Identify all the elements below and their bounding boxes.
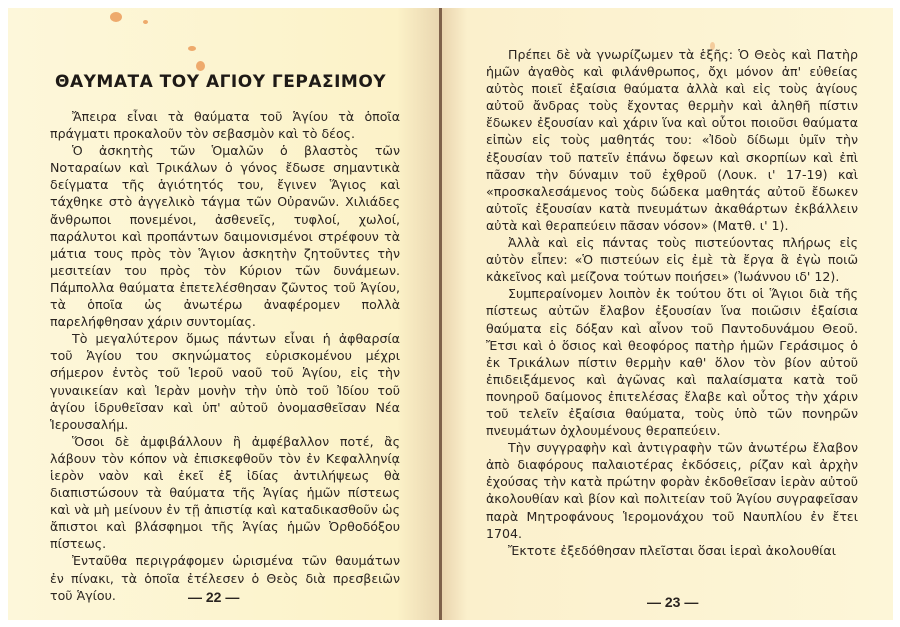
paragraph: Ὁ ἀσκητὴς τῶν Ὁμαλῶν ὁ βλαστὸς τῶν Νοταρ… bbox=[50, 142, 400, 330]
paragraph: Ὅσοι δὲ ἀμφιβάλλουν ἢ ἀμφέβαλλον ποτέ, ἂ… bbox=[50, 433, 400, 553]
paragraph: Ἄπειρα εἶναι τὰ θαύματα τοῦ Ἁγίου τὰ ὁπο… bbox=[50, 108, 400, 142]
paragraph: Πρέπει δὲ νὰ γνωρίζωμεν τὰ ἑξῆς: Ὁ Θεὸς … bbox=[486, 46, 858, 234]
page-number-right: — 23 — bbox=[647, 594, 698, 610]
right-page-body: Πρέπει δὲ νὰ γνωρίζωμεν τὰ ἑξῆς: Ὁ Θεὸς … bbox=[486, 46, 858, 559]
paper-stain bbox=[188, 46, 196, 51]
paper-stain bbox=[110, 12, 122, 22]
page-number-left: — 22 — bbox=[188, 589, 239, 605]
paper-stain bbox=[143, 20, 148, 24]
book-gutter bbox=[439, 8, 442, 620]
left-page-body: Ἄπειρα εἶναι τὰ θαύματα τοῦ Ἁγίου τὰ ὁπο… bbox=[50, 108, 400, 604]
paragraph: Συμπεραίνομεν λοιπὸν ἐκ τούτου ὅτι οἱ Ἅγ… bbox=[486, 285, 858, 439]
paragraph: Ἀλλὰ καὶ εἰς πάντας τοὺς πιστεύοντας πλή… bbox=[486, 234, 858, 285]
paragraph: Ἔκτοτε ἐξεδόθησαν πλεῖσται ὅσαι ἱεραὶ ἀκ… bbox=[486, 542, 858, 559]
paragraph: Τὸ μεγαλύτερον ὅμως πάντων εἶναι ἡ ἀφθαρ… bbox=[50, 330, 400, 433]
page-title: ΘΑΥΜΑΤΑ ΤΟΥ ΑΓΙΟΥ ΓΕΡΑΣΙΜΟΥ bbox=[55, 72, 395, 92]
paper-stain bbox=[196, 61, 205, 71]
paragraph: Τὴν συγγραφὴν καὶ ἀντιγραφὴν τῶν ἀνωτέρω… bbox=[486, 439, 858, 542]
